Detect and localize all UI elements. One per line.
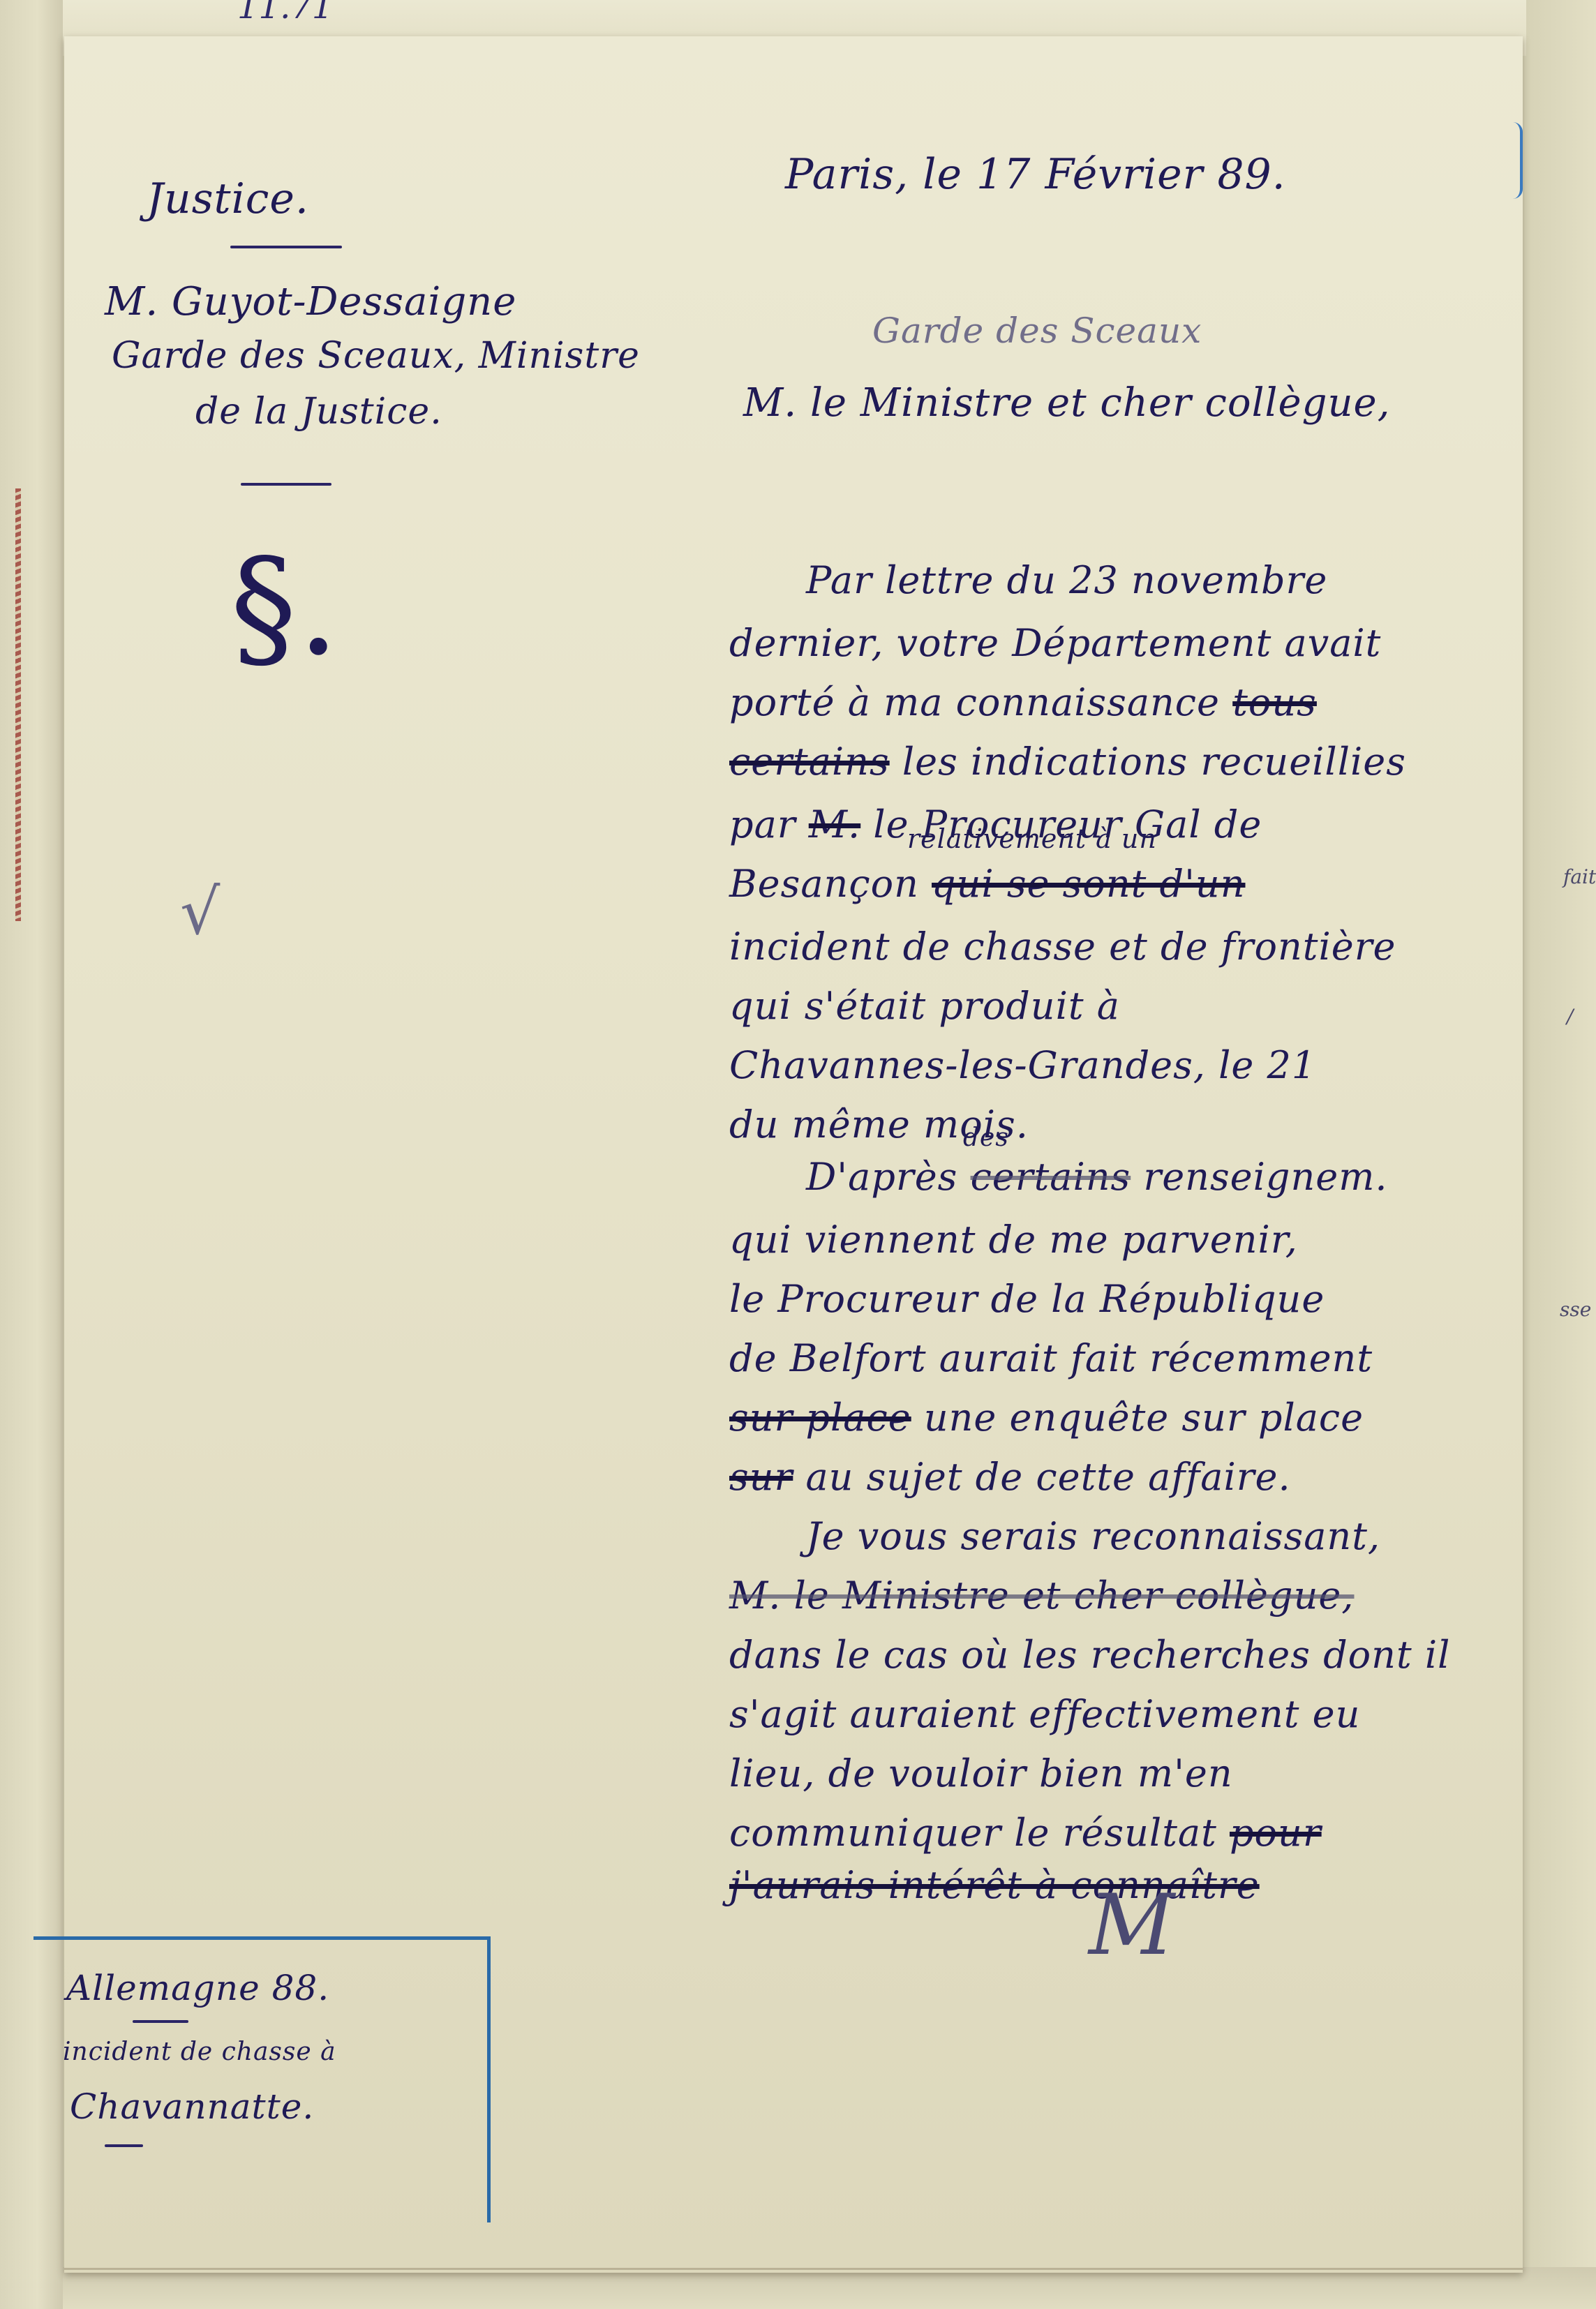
struck-word: M.: [809, 802, 860, 846]
body-line-22-text: communiquer le résultat: [729, 1811, 1217, 1855]
body-line-3-text: porté à ma connaissance: [729, 680, 1220, 724]
struck-word: tous: [1232, 680, 1317, 724]
body-line-23: j'aurais intérêt à connaître: [729, 1863, 1260, 1907]
body-line-22: communiquer le résultat pour: [729, 1811, 1322, 1855]
body-line-7: incident de chasse et de frontière: [729, 925, 1396, 969]
body-line-11-text: renseignem.: [1143, 1155, 1387, 1199]
struck-phrase: qui se sont d'un: [932, 862, 1245, 906]
addressee-role-line1: Garde des Sceaux, Ministre: [112, 335, 640, 377]
edge-note-2: /: [1567, 1005, 1573, 1028]
margin-note-line2: incident de chasse à: [63, 2038, 336, 2066]
body-line-9: Chavannes-les-Grandes, le 21: [729, 1043, 1316, 1087]
margin-note-underline: [133, 2020, 188, 2023]
body-line-16: sur au sujet de cette affaire.: [729, 1455, 1291, 1499]
blue-bracket-mark: [1513, 122, 1523, 199]
margin-note-line1: Allemagne 88.: [66, 1968, 329, 2008]
body-line-2: dernier, votre Département avait: [729, 621, 1381, 665]
body-line-17: Je vous serais reconnaissant,: [806, 1514, 1380, 1558]
body-line-13: le Procureur de la République: [729, 1277, 1325, 1321]
struck-word: certains: [729, 740, 890, 784]
body-line-14: de Belfort aurait fait récemment: [729, 1336, 1373, 1380]
struck-word: certains: [971, 1155, 1131, 1199]
body-line-1: Par lettre du 23 novembre: [806, 558, 1327, 602]
struck-phrase: M. le Ministre et cher collègue,: [729, 1574, 1354, 1617]
body-line-21: lieu, de vouloir bien m'en: [729, 1751, 1233, 1795]
salutation-text: M. le Ministre et cher collègue,: [743, 380, 1390, 426]
body-line-15-text: une enquête sur place: [924, 1396, 1364, 1440]
body-line-5-prefix: par: [729, 802, 796, 846]
binding-cord: [15, 488, 21, 921]
section-mark: §.: [230, 530, 340, 685]
body-line-19: dans le cas où les recherches dont il: [729, 1633, 1450, 1677]
body-line-6-prefix: Besançon: [729, 862, 919, 906]
struck-phrase: sur place: [729, 1396, 911, 1440]
salutation: M. le Ministre et cher collègue,: [743, 380, 1390, 426]
margin-note-line3: Chavannatte.: [70, 2086, 314, 2127]
body-line-4: certains les indications recueillies: [729, 740, 1406, 784]
struck-word: pour: [1230, 1811, 1322, 1855]
top-scrawl-number: 11.71: [237, 0, 333, 27]
struck-word: sur: [729, 1455, 793, 1499]
margin-note-dash: [105, 2144, 143, 2147]
body-line-11: D'après certains renseignem.: [806, 1155, 1388, 1199]
struck-phrase: j'aurais intérêt à connaître: [729, 1863, 1260, 1907]
edge-note-3: sse: [1560, 1298, 1591, 1321]
underlying-sheet-bottom: [63, 2267, 1596, 2309]
insertion-des: des: [963, 1123, 1009, 1152]
edge-note-1: fait: [1563, 865, 1596, 888]
addressee-underline: [241, 483, 331, 486]
insertion-relativement: relativement à un: [907, 823, 1157, 854]
letter-date: Paris, le 17 Février 89.: [785, 150, 1286, 199]
body-line-6: Besançon qui se sont d'un: [729, 862, 1245, 906]
body-line-8: qui s'était produit à: [729, 984, 1120, 1028]
sheet-bottom-edge: [64, 2268, 1523, 2270]
body-line-18: M. le Ministre et cher collègue,: [729, 1574, 1354, 1617]
department-heading: Justice.: [147, 174, 309, 223]
check-mark-icon: √: [180, 876, 221, 949]
body-line-4-text: les indications recueillies: [902, 740, 1406, 784]
pencil-insertion-garde: Garde des Sceaux: [872, 311, 1202, 351]
body-line-16-text: au sujet de cette affaire.: [805, 1455, 1290, 1499]
heading-flourish: [230, 246, 342, 248]
body-line-3: porté à ma connaissance tous: [729, 680, 1317, 724]
addressee-role-line2: de la Justice.: [195, 391, 442, 433]
body-line-11-prefix: D'après: [806, 1155, 957, 1199]
underlying-sheet-right: [1526, 0, 1596, 2309]
body-line-20: s'agit auraient effectivement eu: [729, 1692, 1360, 1736]
initial-signature: M: [1089, 1877, 1175, 1974]
body-line-12: qui viennent de me parvenir,: [729, 1218, 1298, 1262]
addressee-name: M. Guyot-Dessaigne: [105, 279, 516, 324]
body-line-15: sur place une enquête sur place: [729, 1396, 1364, 1440]
